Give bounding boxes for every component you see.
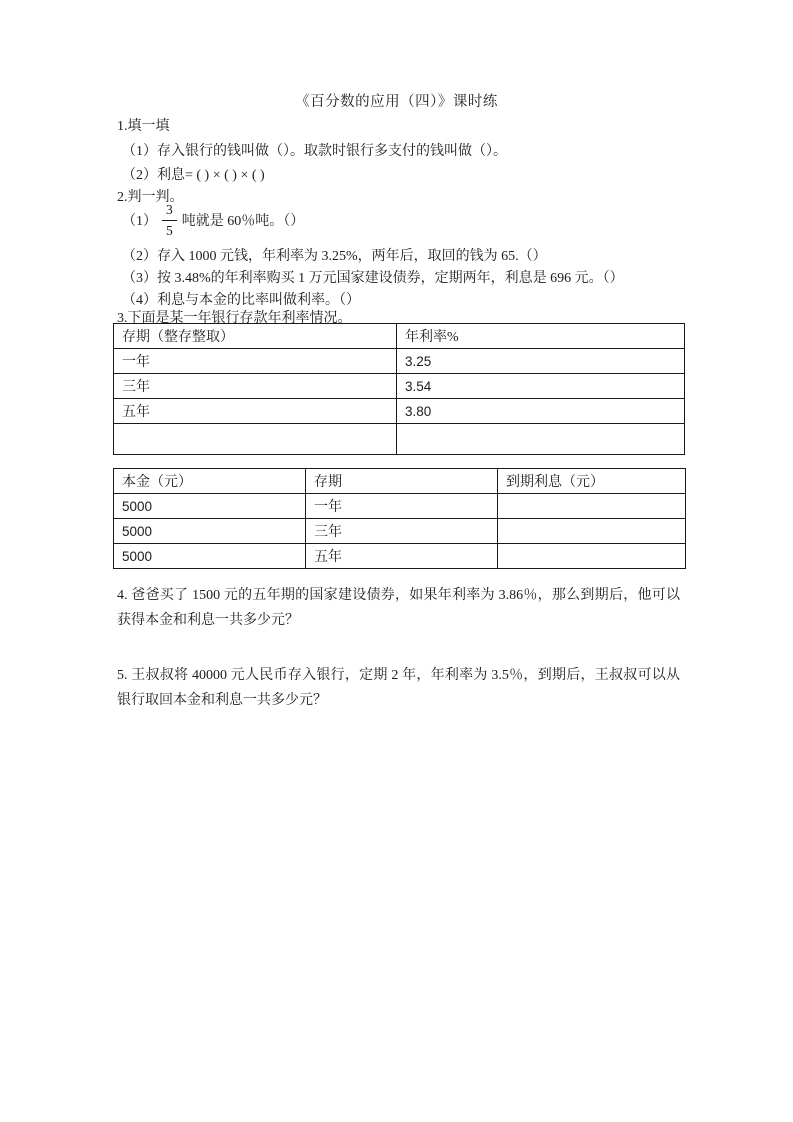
- fraction-numerator: 3: [162, 202, 177, 221]
- table-cell: 3.54: [397, 374, 685, 399]
- table-cell: 3.25: [397, 349, 685, 374]
- judge-item-1-suffix: 吨就是 60％吨。（）: [182, 210, 305, 230]
- table-cell: 五年: [306, 544, 498, 569]
- table-header-cell: 到期利息（元）: [498, 469, 686, 494]
- table-header-cell: 存期: [306, 469, 498, 494]
- table-cell: 一年: [306, 494, 498, 519]
- table-cell: 三年: [306, 519, 498, 544]
- table-header-row: 本金（元） 存期 到期利息（元）: [114, 469, 686, 494]
- section-1-heading: 1.填一填: [117, 115, 170, 135]
- judge-item-2: （2）存入 1000 元钱，年利率为 3.25%，两年后，取回的钱为 65.（）: [122, 245, 547, 265]
- question-4: 4. 爸爸买了 1500 元的五年期的国家建设债券，如果年利率为 3.86％，那…: [117, 583, 680, 633]
- table-cell: 5000: [114, 544, 306, 569]
- table-row: 三年 3.54: [114, 374, 685, 399]
- fraction-denominator: 5: [162, 221, 177, 239]
- table-cell: [397, 424, 685, 455]
- interest-table: 本金（元） 存期 到期利息（元） 5000 一年 5000 三年 5000 五年: [113, 468, 686, 569]
- table-row: [114, 424, 685, 455]
- fill-item-2: （2）利息= ( ) × ( ) × ( ): [122, 164, 265, 184]
- table-header-row: 存期（整存整取） 年利率%: [114, 324, 685, 349]
- page-title: 《百分数的应用（四）》课时练: [0, 90, 793, 111]
- table-row: 5000 三年: [114, 519, 686, 544]
- table-cell: 五年: [114, 399, 397, 424]
- table-row: 5000 五年: [114, 544, 686, 569]
- table-cell: 三年: [114, 374, 397, 399]
- question-5: 5. 王叔叔将 40000 元人民币存入银行，定期 2 年，年利率为 3.5％，…: [117, 663, 680, 713]
- table-header-cell: 本金（元）: [114, 469, 306, 494]
- table-cell: [498, 519, 686, 544]
- table-cell: 5000: [114, 494, 306, 519]
- judge-item-4: （4）利息与本金的比率叫做利率。（）: [122, 289, 360, 309]
- table-header-cell: 存期（整存整取）: [114, 324, 397, 349]
- table-cell: 3.80: [397, 399, 685, 424]
- judge-item-1: （1） 3 5 吨就是 60％吨。（）: [122, 198, 304, 242]
- table-header-cell: 年利率%: [397, 324, 685, 349]
- rate-table: 存期（整存整取） 年利率% 一年 3.25 三年 3.54 五年 3.80: [113, 323, 685, 455]
- fill-item-1: （1）存入银行的钱叫做（）。取款时银行多支付的钱叫做（）。: [122, 140, 507, 160]
- table-row: 五年 3.80: [114, 399, 685, 424]
- table-cell: [114, 424, 397, 455]
- judge-item-3: （3）按 3.48%的年利率购买 1 万元国家建设债券，定期两年，利息是 696…: [122, 267, 624, 287]
- table-cell: [498, 494, 686, 519]
- table-cell: [498, 544, 686, 569]
- fraction-three-fifths: 3 5: [162, 202, 177, 238]
- table-cell: 5000: [114, 519, 306, 544]
- table-row: 一年 3.25: [114, 349, 685, 374]
- judge-item-1-prefix: （1）: [122, 210, 157, 230]
- worksheet-page: 《百分数的应用（四）》课时练 1.填一填 （1）存入银行的钱叫做（）。取款时银行…: [0, 0, 793, 1122]
- table-row: 5000 一年: [114, 494, 686, 519]
- table-cell: 一年: [114, 349, 397, 374]
